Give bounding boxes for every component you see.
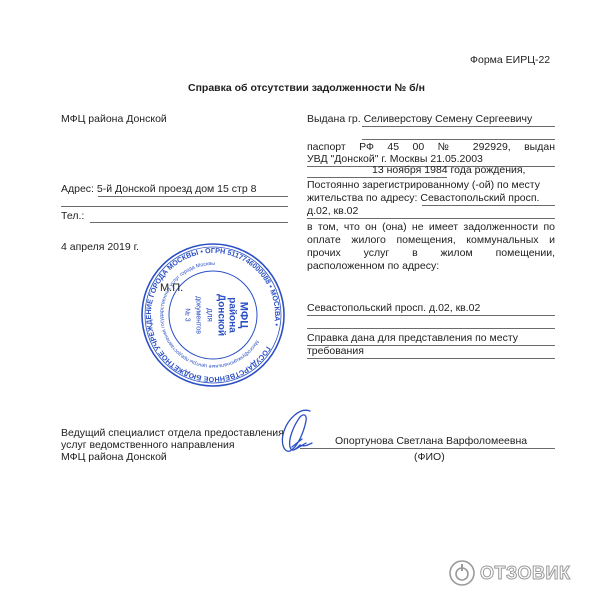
- signer-name-underline: [300, 448, 555, 449]
- issued-to-name: Селиверстову Семену Сергеевичу: [364, 113, 533, 125]
- address-value: 5-й Донской проезд дом 15 стр 8: [97, 183, 257, 195]
- purpose-line-2: требования: [307, 345, 555, 358]
- otzovik-logo-icon: [448, 559, 476, 587]
- stamp-center-line: № 3: [184, 308, 191, 321]
- name-caption: (ФИО): [414, 451, 445, 463]
- address-label: Адрес:: [61, 183, 94, 195]
- issued-to-underline: [362, 126, 555, 127]
- stamp-place-label: М.П.: [160, 282, 183, 294]
- issue-date: 4 апреля 2019 г.: [61, 241, 139, 253]
- purpose-underline-2: [307, 358, 555, 359]
- statement-line-2: оплате жилого помещения, коммунальных и: [307, 234, 555, 247]
- phone-underline: [90, 222, 288, 223]
- registered-address-1: Севастопольский просп.: [420, 192, 539, 204]
- statement-line-4: расположенном по адресу:: [307, 260, 555, 273]
- registered-prefix: жительства по адресу:: [307, 192, 417, 204]
- birth-suffix: года рождения,: [451, 164, 526, 176]
- organization-phone: Тел.:: [61, 210, 84, 222]
- purpose-line-1: Справка дана для представления по месту: [307, 332, 555, 345]
- birth-date: 13 ноября 1984: [372, 164, 448, 176]
- stamp-center-line: Донской: [216, 294, 227, 336]
- handwritten-signature: [270, 405, 330, 460]
- position-line-3: МФЦ района Донской: [61, 451, 284, 463]
- birth-underline: [307, 177, 447, 178]
- property-underline-2: [307, 328, 555, 329]
- address-underline: [98, 196, 288, 197]
- issuing-organization: МФЦ района Донской: [61, 113, 167, 125]
- property-address: Севастопольский просп. д.02, кв.02: [307, 302, 555, 315]
- property-underline: [307, 315, 555, 316]
- official-position: Ведущий специалист отдела предоставления…: [61, 427, 284, 463]
- form-code: Форма ЕИРЦ-22: [470, 54, 550, 66]
- registered-line-1: Постоянно зарегистрированному (-ой) по м…: [307, 179, 555, 192]
- statement-line-3: прочих услуг в жилом помещении,: [307, 247, 555, 260]
- issued-to-line: Выдана гр. Селиверстову Семену Сергеевич…: [307, 113, 555, 126]
- stamp-center-line: для: [206, 308, 215, 322]
- organization-address: Адрес: 5-й Донской проезд дом 15 стр 8: [61, 183, 256, 195]
- position-line-1: Ведущий специалист отдела предоставления: [61, 427, 284, 439]
- registered-underline-2: [307, 218, 555, 219]
- otzovik-watermark: ОТЗОВИК: [448, 558, 598, 588]
- birth-line: 13 ноября 1984 года рождения,: [372, 164, 562, 177]
- statement-line-1: в том, что он (она) не имеет задолженнос…: [307, 221, 555, 234]
- phone-label: Тел.:: [61, 210, 84, 222]
- issued-to-label: Выдана гр.: [307, 113, 361, 125]
- registered-address-2: д.02, кв.02: [307, 205, 555, 218]
- registered-line-2: жительства по адресу: Севастопольский пр…: [307, 192, 555, 205]
- stamp-center-line: документов: [195, 296, 202, 334]
- stamp-center-line: МФЦ: [238, 302, 250, 329]
- issued-to-underline-2: [362, 139, 555, 140]
- position-line-2: услуг ведомственного направления: [61, 439, 284, 451]
- signer-name: Опортунова Светлана Варфоломеевна: [335, 435, 527, 447]
- address-underline-2: [61, 206, 288, 207]
- document-title: Справка об отсутствии задолженности № б/…: [188, 82, 425, 94]
- official-stamp: ГОСУДАРСТВЕННОЕ БЮДЖЕТНОЕ УЧРЕЖДЕНИЕ ГОР…: [138, 240, 288, 390]
- watermark-text: ОТЗОВИК: [480, 563, 570, 584]
- stamp-center-line: района: [227, 297, 238, 333]
